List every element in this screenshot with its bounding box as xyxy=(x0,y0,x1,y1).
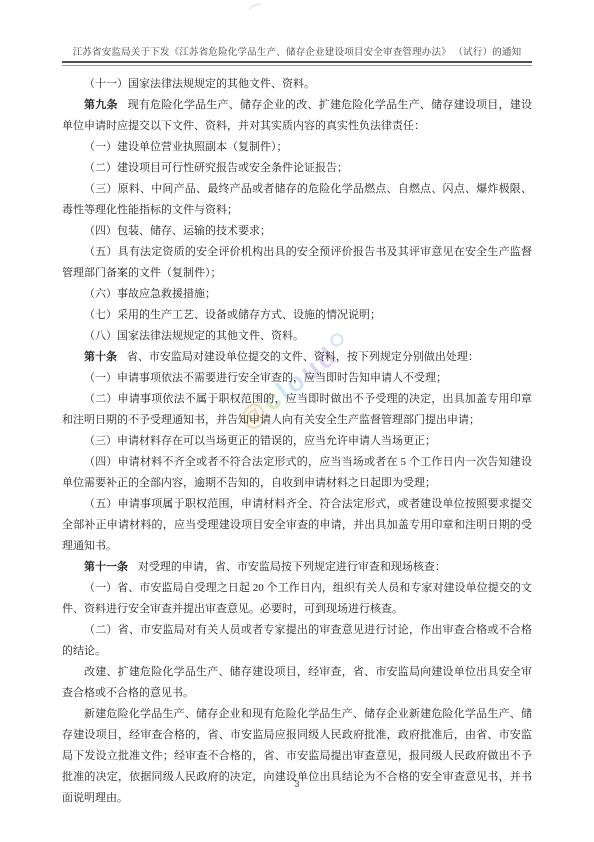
paragraph: （五）申请事项属于职权范围，申请材料齐全、符合法定形式，或者建设单位按照要求提交… xyxy=(62,494,532,557)
paragraph: （四）申请材料不齐全或者不符合法定形式的，应当当场或者在 5 个工作日内一次告知… xyxy=(62,452,532,494)
paragraph: （一）建设单位营业执照副本（复制件）； xyxy=(62,137,532,158)
document-page: 江苏省安监局关于下发《江苏省危险化学品生产、储存企业建设项目安全审查管理办法》 … xyxy=(0,0,594,842)
article-number: 第十条 xyxy=(84,351,117,363)
paragraph: （二）省、市安监局对有关人员或者专家提出的审查意见进行讨论，作出审查合格或不合格… xyxy=(62,620,532,662)
article-number: 第十一条 xyxy=(84,561,128,573)
paragraph: 第九条现有危险化学品生产、储存企业的改、扩建危险化学品生产、储存建设项目，建设单… xyxy=(62,95,532,137)
header-rule-thick xyxy=(62,61,532,63)
document-body: （十一）国家法律法规规定的其他文件、资料。第九条现有危险化学品生产、储存企业的改… xyxy=(62,74,532,809)
page-number: 3 xyxy=(0,779,594,789)
paragraph: （五）具有法定资质的安全评价机构出具的安全预评价报告书及其评审意见在安全生产监督… xyxy=(62,242,532,284)
paragraph: （一）省、市安监局自受理之日起 20 个工作日内，组织有关人员和专家对建设单位提… xyxy=(62,578,532,620)
paragraph: 新建危险化学品生产、储存企业和现有危险化学品生产、储存企业新建危险化学品生产、储… xyxy=(62,704,532,809)
paragraph: （六）事故应急救援措施； xyxy=(62,284,532,305)
article-number: 第九条 xyxy=(84,99,118,111)
paragraph: （八）国家法律法规规定的其他文件、资料。 xyxy=(62,326,532,347)
paragraph: 第十条省、市安监局对建设单位提交的文件、资料，按下列规定分别做出处理： xyxy=(62,347,532,368)
faint-stamp-mark xyxy=(248,2,265,17)
paragraph: 第十一条对受理的申请，省、市安监局按下列规定进行审查和现场核查： xyxy=(62,557,532,578)
paragraph: （十一）国家法律法规规定的其他文件、资料。 xyxy=(62,74,532,95)
paragraph: （一）申请事项依法不需要进行安全审查的，应当即时告知申请人不受理； xyxy=(62,368,532,389)
paragraph: （四）包装、储存、运输的技术要求； xyxy=(62,221,532,242)
header-rule-thin xyxy=(62,65,532,66)
paragraph: （二）申请事项依法不属于职权范围的，应当即时做出不予受理的决定，出具加盖专用印章… xyxy=(62,389,532,431)
paragraph: （二）建设项目可行性研究报告或安全条件论证报告； xyxy=(62,158,532,179)
paragraph: （三）申请材料存在可以当场更正的错误的，应当允许申请人当场更正； xyxy=(62,431,532,452)
page-header-title: 江苏省安监局关于下发《江苏省危险化学品生产、储存企业建设项目安全审查管理办法》 … xyxy=(62,44,532,58)
paragraph: （七）采用的生产工艺、设备或储存方式、设施的情况说明； xyxy=(62,305,532,326)
paragraph: 改建、扩建危险化学品生产、储存建设项目，经审查，省、市安监局向建设单位出具安全审… xyxy=(62,662,532,704)
paragraph: （三）原料、中间产品、最终产品或者储存的危险化学品燃点、自燃点、闪点、爆炸极限、… xyxy=(62,179,532,221)
